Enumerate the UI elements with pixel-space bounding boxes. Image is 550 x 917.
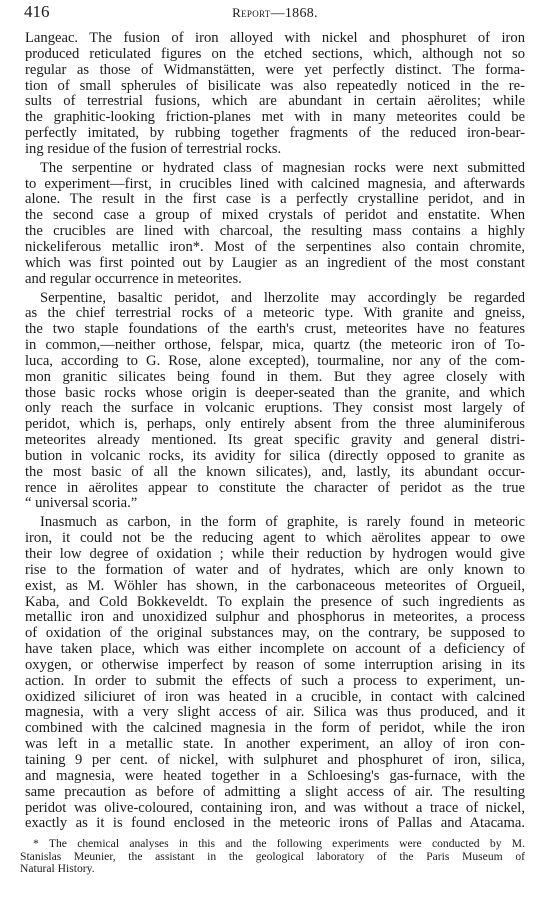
text-line: only reach the surface in volcanic erupt… bbox=[25, 401, 525, 417]
text-line: the graphitic-looking friction-planes me… bbox=[25, 110, 525, 126]
text-line: as the chief terrestrial rocks of a mete… bbox=[25, 306, 525, 322]
running-title-prefix: Report bbox=[232, 5, 270, 20]
paragraph: Serpentine, basaltic peridot, and lherzo… bbox=[25, 291, 525, 513]
text-line: meteorites already mentioned. Its great … bbox=[25, 433, 525, 449]
text-line: peridot was olive-coloured, containing i… bbox=[25, 801, 525, 817]
text-line: of oxidation of the original substances … bbox=[25, 626, 525, 642]
text-line: ing residue of the fusion of terrestrial… bbox=[25, 142, 525, 158]
paragraph: Langeac. The fusion of iron alloyed with… bbox=[25, 31, 525, 158]
text-line: Serpentine, basaltic peridot, and lherzo… bbox=[25, 291, 525, 307]
text-line: those basic rocks whose origin is deeper… bbox=[25, 386, 525, 402]
text-line: and magnesia, were heated together in a … bbox=[25, 769, 525, 785]
text-line: the second case a group of mixed crystal… bbox=[25, 208, 525, 224]
text-line: peridot, which is, perhaps, only entirel… bbox=[25, 417, 525, 433]
footnote-line: Natural History. bbox=[20, 863, 525, 876]
text-line: same precaution as before of admitting a… bbox=[25, 785, 525, 801]
text-line: the crucibles are lined with charcoal, t… bbox=[25, 224, 525, 240]
footnote: * The chemical analyses in this and the … bbox=[20, 838, 525, 876]
text-line: action. In order to submit the effects o… bbox=[25, 674, 525, 690]
text-line: bution in volcanic rocks, its avidity fo… bbox=[25, 449, 525, 465]
text-line: have taken place, which was either incom… bbox=[25, 642, 525, 658]
text-line: which was first pointed out by Laugier a… bbox=[25, 256, 525, 272]
running-title: Report—1868. bbox=[24, 5, 526, 22]
text-line: “ universal scoria.” bbox=[25, 496, 525, 512]
text-line: exactly as it is found enclosed in the m… bbox=[25, 816, 525, 832]
paragraph: The serpentine or hydrated class of magn… bbox=[25, 161, 525, 288]
text-line: their low degree of oxidation ; while th… bbox=[25, 547, 525, 563]
paragraph: Inasmuch as carbon, in the form of graph… bbox=[25, 515, 525, 832]
text-line: rise to the formation of water and of hy… bbox=[25, 563, 525, 579]
text-line: The serpentine or hydrated class of magn… bbox=[25, 161, 525, 177]
text-line: the most basic of all the known silicate… bbox=[25, 465, 525, 481]
text-line: alone. The result in the first case is a… bbox=[25, 192, 525, 208]
text-line: mon granitic silicates being found in th… bbox=[25, 370, 525, 386]
text-line: sults of terrestrial fusions, which are … bbox=[25, 94, 525, 110]
text-line: tion of small spherules of bisilicate wa… bbox=[25, 79, 525, 95]
text-line: to experiment—first, in crucibles lined … bbox=[25, 177, 525, 193]
text-line: perfectly imitated, by rubbing together … bbox=[25, 126, 525, 142]
text-line: metallic iron and unoxidized sulphur and… bbox=[25, 610, 525, 626]
text-line: produced reticulated figures on the etch… bbox=[25, 47, 525, 63]
text-line: rence in aërolites appear to constitute … bbox=[25, 481, 525, 497]
running-title-suffix: —1868. bbox=[271, 6, 318, 21]
text-line: Inasmuch as carbon, in the form of graph… bbox=[25, 515, 525, 531]
text-line: luca, according to G. Rose, alone except… bbox=[25, 354, 525, 370]
text-line: nickeliferous metallic iron*. Most of th… bbox=[25, 240, 525, 256]
text-line: in common,—neither orthose, felspar, mic… bbox=[25, 338, 525, 354]
footnote-line: * The chemical analyses in this and the … bbox=[20, 838, 525, 851]
text-line: was left in a metallic state. In another… bbox=[25, 737, 525, 753]
page-header: 416 Report—1868. bbox=[24, 2, 526, 22]
text-line: oxidized siliciuret of iron was heated i… bbox=[25, 690, 525, 706]
text-line: and regular occurrence in meteorites. bbox=[25, 272, 525, 288]
body-text: Langeac. The fusion of iron alloyed with… bbox=[25, 31, 525, 832]
text-line: taining 9 per cent. of nickel, with sulp… bbox=[25, 753, 525, 769]
text-line: oxygen, or otherwise imperfect by reason… bbox=[25, 658, 525, 674]
text-line: magnesia, with a very slight access of a… bbox=[25, 705, 525, 721]
footnote-line: Stanislas Meunier, the assistant in the … bbox=[20, 851, 525, 864]
text-line: Kaba, and Cold Bokkeveldt. To explain th… bbox=[25, 595, 525, 611]
text-line: iron, it could not be the reducing agent… bbox=[25, 531, 525, 547]
text-line: Langeac. The fusion of iron alloyed with… bbox=[25, 31, 525, 47]
text-line: exist, as M. Wöhler has shown, in the ca… bbox=[25, 579, 525, 595]
text-line: the two staple foundations of the earth'… bbox=[25, 322, 525, 338]
text-line: combined with the calcined magnesia in t… bbox=[25, 721, 525, 737]
text-line: regular as those of Widmanstätten, were … bbox=[25, 63, 525, 79]
